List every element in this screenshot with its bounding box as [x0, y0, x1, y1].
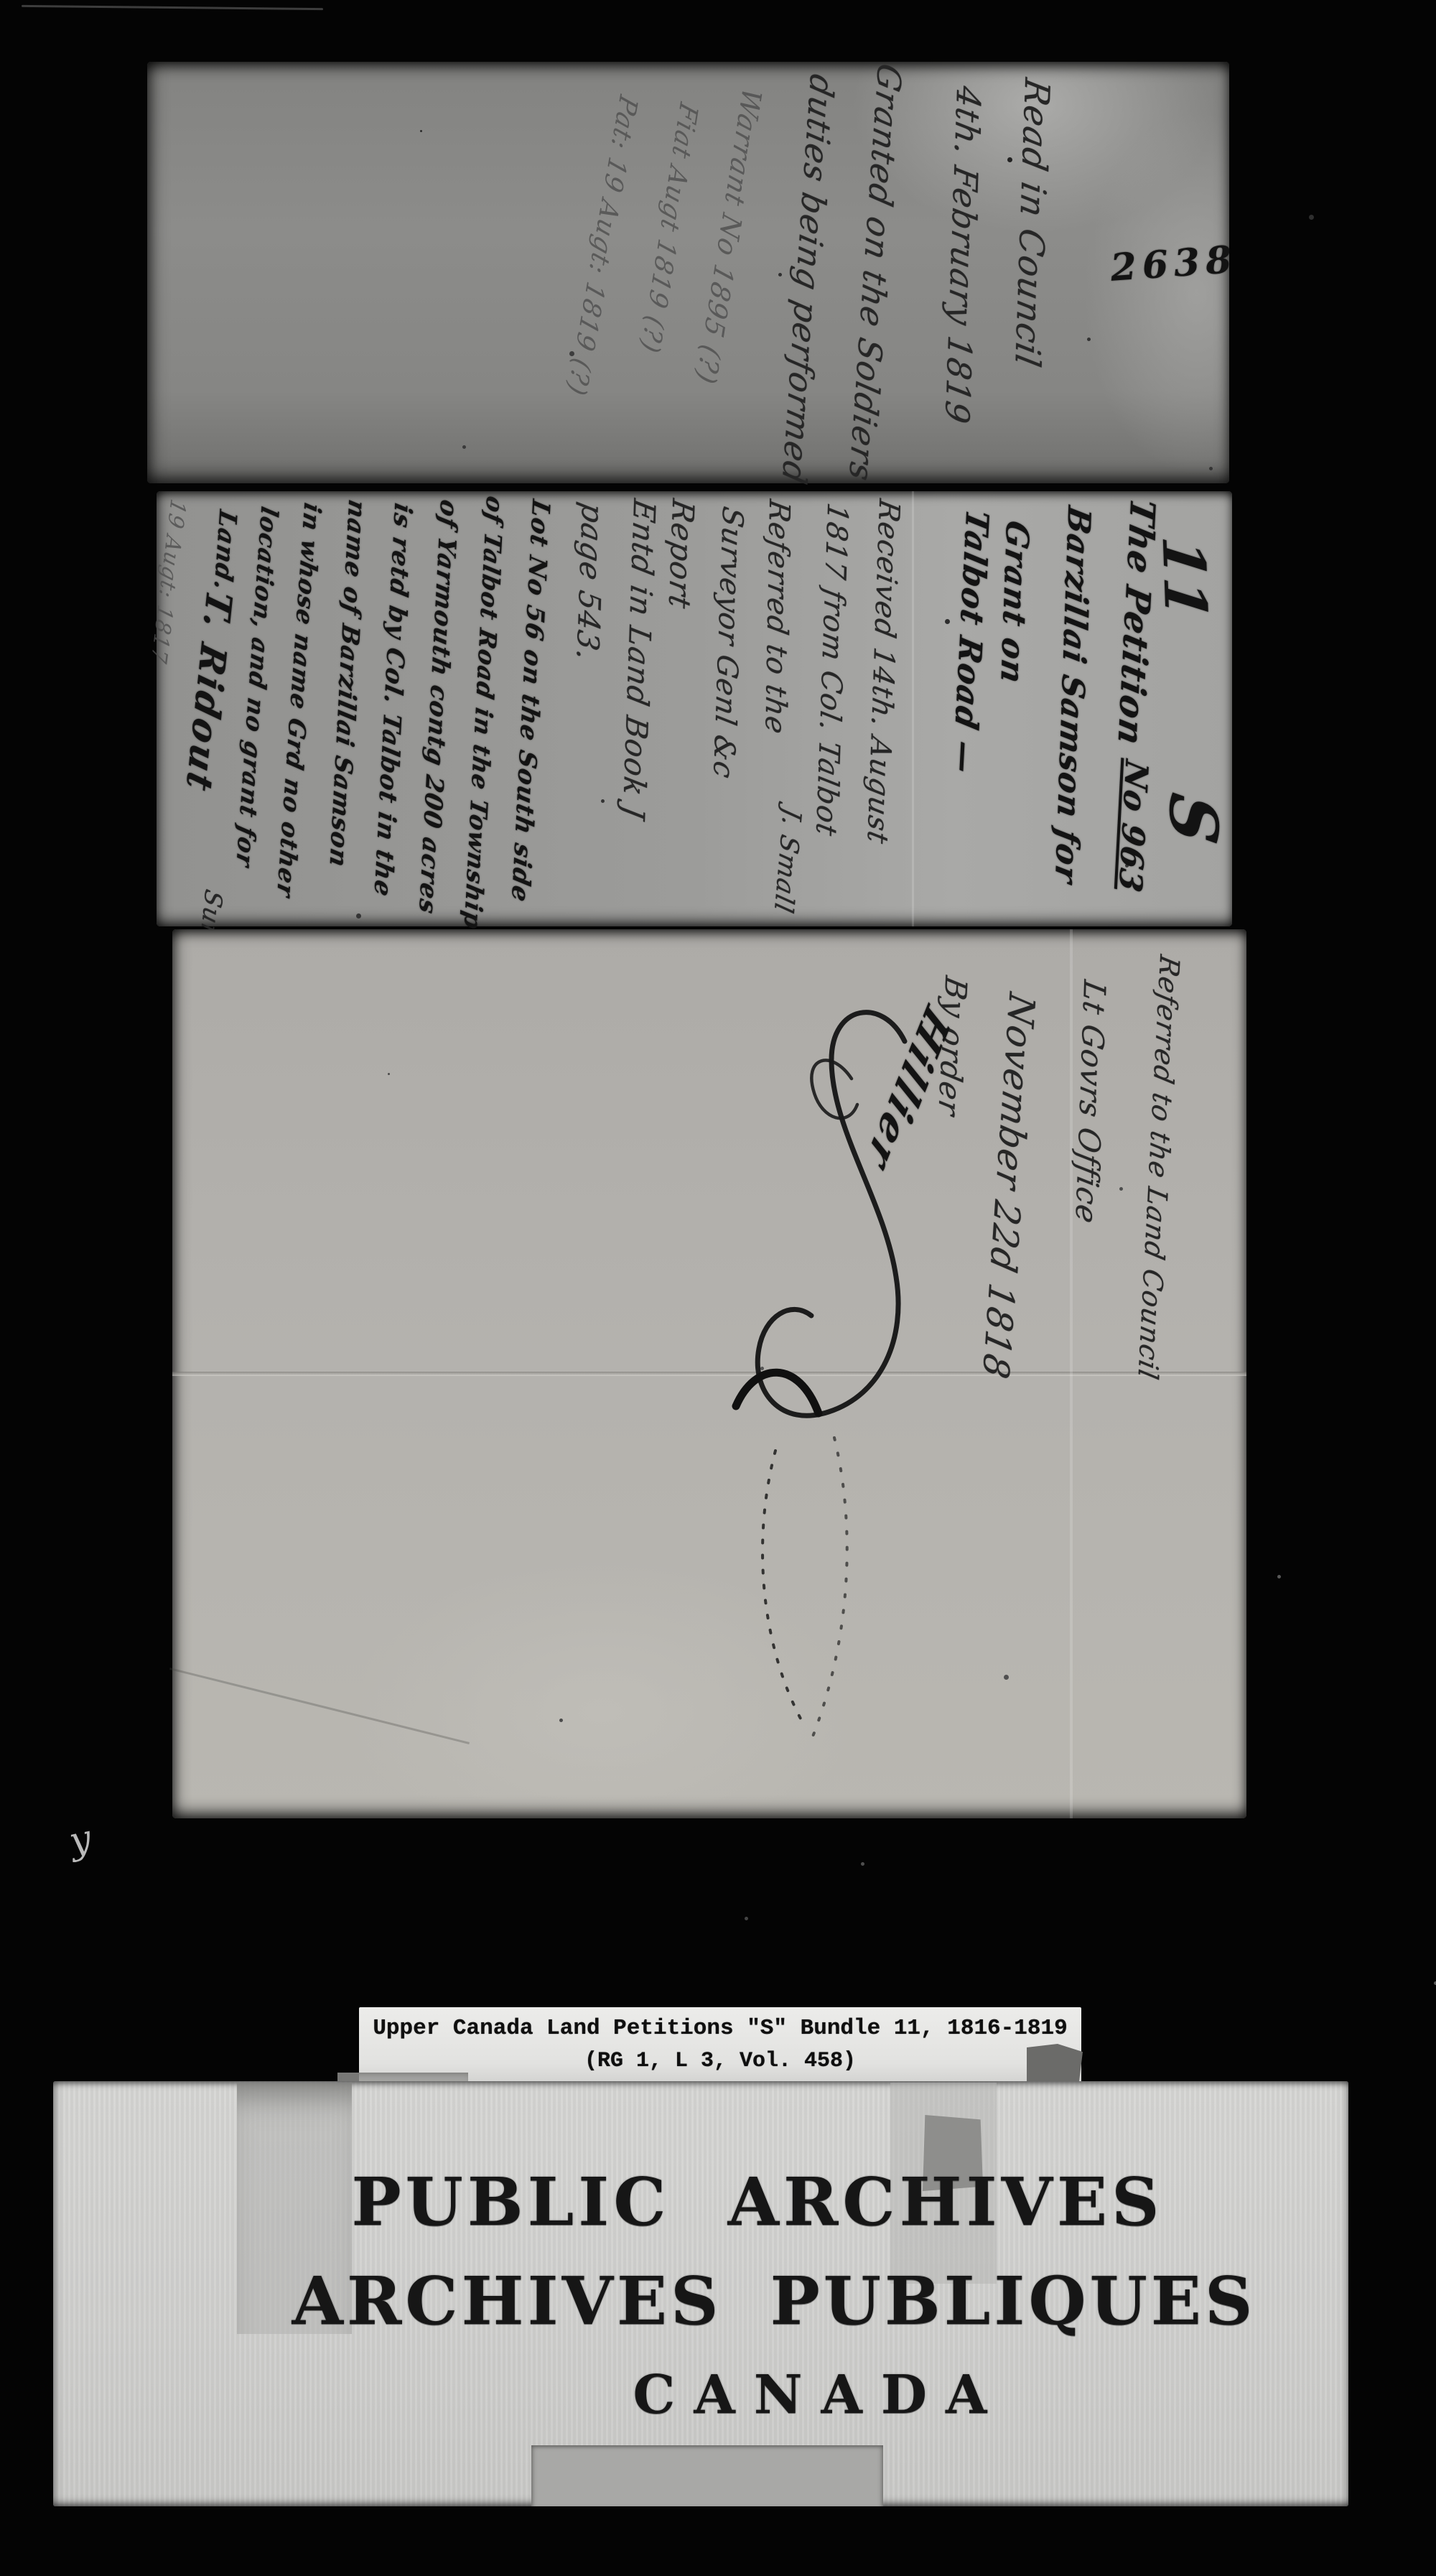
received-line-1: Received 14th. August	[863, 497, 903, 846]
report-entered-1: Entd in Land Book J	[618, 497, 659, 822]
paper-specks	[388, 1073, 390, 1075]
report-body-7: location, and no grant for	[233, 504, 281, 870]
report-body-1: Lot No 56 on the South side	[508, 498, 553, 905]
card-title-english: PUBLIC ARCHIVES	[291, 2163, 1224, 2241]
report-heading: Report	[664, 497, 698, 612]
card-title-french: ARCHIVES PUBLIQUES	[271, 2262, 1277, 2340]
report-body-2: of Talbot Road in the Township	[461, 494, 507, 931]
petition-place: Talbot Road —	[947, 507, 992, 777]
referred-land-council: Referred to the Land Council	[1134, 953, 1183, 1382]
petitioner-name: Barzillai Samson for	[1050, 503, 1094, 885]
docket-bundle-letter: S	[1160, 789, 1226, 848]
referral-line-2: Surveyor Genl &c	[709, 504, 747, 781]
handwriting-faint-fiat: Fiat Augt 1819 (?)	[637, 100, 701, 356]
document-panel-council: Read in Council 4th. February 1819 Grant…	[147, 62, 1229, 483]
received-line-2: 1817 from Col. Talbot	[811, 501, 852, 839]
reference-label-line2: (RG 1, L 3, Vol. 458)	[359, 2049, 1081, 2073]
handwriting-faint-warrant: Warrant No 1895 (?)	[692, 85, 765, 388]
tape-bottom-center	[531, 2445, 883, 2506]
report-body-5: name of Barzillai Samson	[326, 498, 369, 870]
card-title-canada: CANADA	[532, 2364, 1106, 2426]
report-body-6: in whose name Grd no other	[274, 501, 325, 900]
signature-paraph	[668, 991, 969, 1817]
fold-crease	[912, 491, 914, 926]
petition-title: The Petition	[1113, 496, 1160, 749]
petition-request: Grant on	[995, 518, 1032, 687]
report-body-8: Land.	[210, 508, 240, 593]
petition-number: No 963	[1114, 758, 1152, 896]
fold-crease-diagonal	[169, 1668, 470, 1744]
document-panel-referral: Referred to the Land Council Lt Govrs Of…	[172, 929, 1246, 1818]
clerk-signature: J. Small	[770, 805, 804, 916]
report-date: 19 Augt: 1817	[147, 497, 188, 666]
microfilm-frame: Read in Council 4th. February 1819 Grant…	[0, 0, 1436, 2576]
handwriting-read-in-council: Read in Council	[1010, 76, 1054, 371]
fold-crease-vertical	[1070, 929, 1073, 1818]
report-entered-2: page 543.	[572, 501, 607, 664]
handwriting-granted-line: Granted on the Soldiers	[844, 61, 906, 485]
archives-card: PUBLIC ARCHIVES ARCHIVES PUBLIQUES CANAD…	[53, 2081, 1348, 2506]
document-panel-petition-docket: 11 S The Petition No 963 Barzillai Samso…	[157, 491, 1232, 926]
report-body-3: of Yarmouth contg 200 acres	[415, 498, 461, 916]
film-scratch	[22, 5, 323, 10]
report-body-4: is retd by Col. Talbot in the	[370, 501, 415, 899]
film-frame-number: 2638	[1109, 241, 1239, 287]
reference-label-line1: Upper Canada Land Petitions "S" Bundle 1…	[359, 2016, 1081, 2041]
stray-pen-mark: y	[66, 1820, 95, 1861]
paper-specks	[420, 130, 422, 132]
referral-line-1: Referred to the	[760, 498, 793, 737]
referral-date: November 22d 1818	[977, 990, 1040, 1382]
lt-gov-office: Lt Govrs Office	[1071, 978, 1109, 1227]
ridout-signature: T. Ridout	[181, 587, 237, 796]
handwriting-faint-patent: Pat: 19 Augt: 1819 (?)	[563, 92, 640, 399]
docket-bundle-number: 11	[1155, 534, 1215, 623]
handwriting-council-date: 4th. February 1819	[941, 83, 985, 427]
handwriting-duties-line: duties being performed	[778, 72, 839, 488]
